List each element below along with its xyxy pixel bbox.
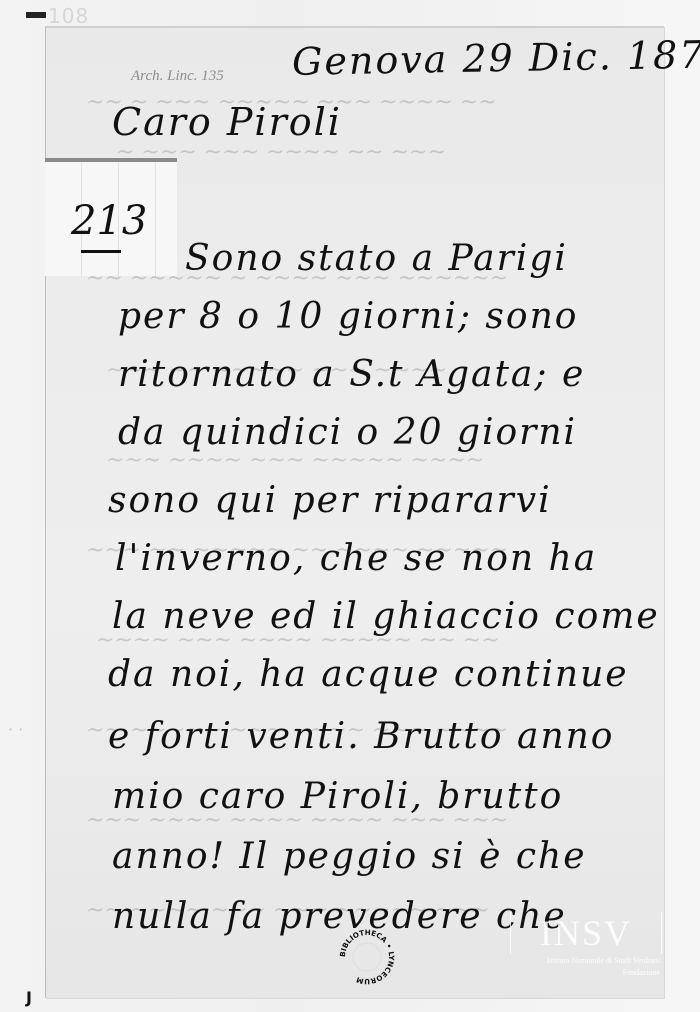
watermark-letters: INSV [510, 912, 662, 954]
svg-text:BIBLIOTHECA • LYNCEORUM: BIBLIOTHECA • LYNCEORUM [338, 928, 396, 986]
stamp-text: BIBLIOTHECA • LYNCEORUM [338, 928, 396, 986]
label-number-underline [81, 250, 121, 253]
letter-line: anno! Il peggio si è che [112, 836, 587, 877]
library-stamp: BIBLIOTHECA • LYNCEORUM [335, 925, 399, 989]
letter-line: ritornato a S.t Agata; e [118, 354, 585, 395]
letter-line: per 8 o 10 giorni; sono [118, 296, 578, 337]
letter-salutation: Caro Piroli [112, 100, 342, 144]
label-card-number: 213 [71, 198, 147, 244]
letter-line: sono qui per ripararvi [108, 480, 552, 521]
letter-line: da noi, ha acque continue [108, 654, 629, 695]
letter-line: Sono stato a Parigi [185, 238, 568, 279]
letter-line: mio caro Piroli, brutto [112, 776, 563, 817]
watermark-foundation: Fondazione [510, 968, 660, 977]
letter-line: da quindici o 20 giorni [118, 412, 577, 453]
bleed-through-margin: · · [8, 720, 23, 739]
insv-watermark: INSV Istituto Nazionale di Studi Verdian… [510, 912, 660, 984]
archive-label-card: 213 [45, 158, 177, 276]
letter-line: la neve ed il ghiaccio come [112, 596, 660, 637]
letter-line: l'inverno, che se non ha [115, 538, 597, 579]
faint-page-number: 108 [48, 4, 89, 28]
top-edge-mark [26, 12, 46, 18]
letter-dateline: Genova 29 Dic. 1878 [292, 32, 700, 84]
archive-reference: Arch. Linc. 135 [131, 68, 224, 85]
letter-line: e forti venti. Brutto anno [108, 716, 614, 757]
bottom-edge-mark: J [26, 988, 32, 1007]
watermark-institute: Istituto Nazionale di Studi Verdiani [510, 956, 660, 965]
stamp-ring-icon: BIBLIOTHECA • LYNCEORUM [335, 925, 399, 989]
